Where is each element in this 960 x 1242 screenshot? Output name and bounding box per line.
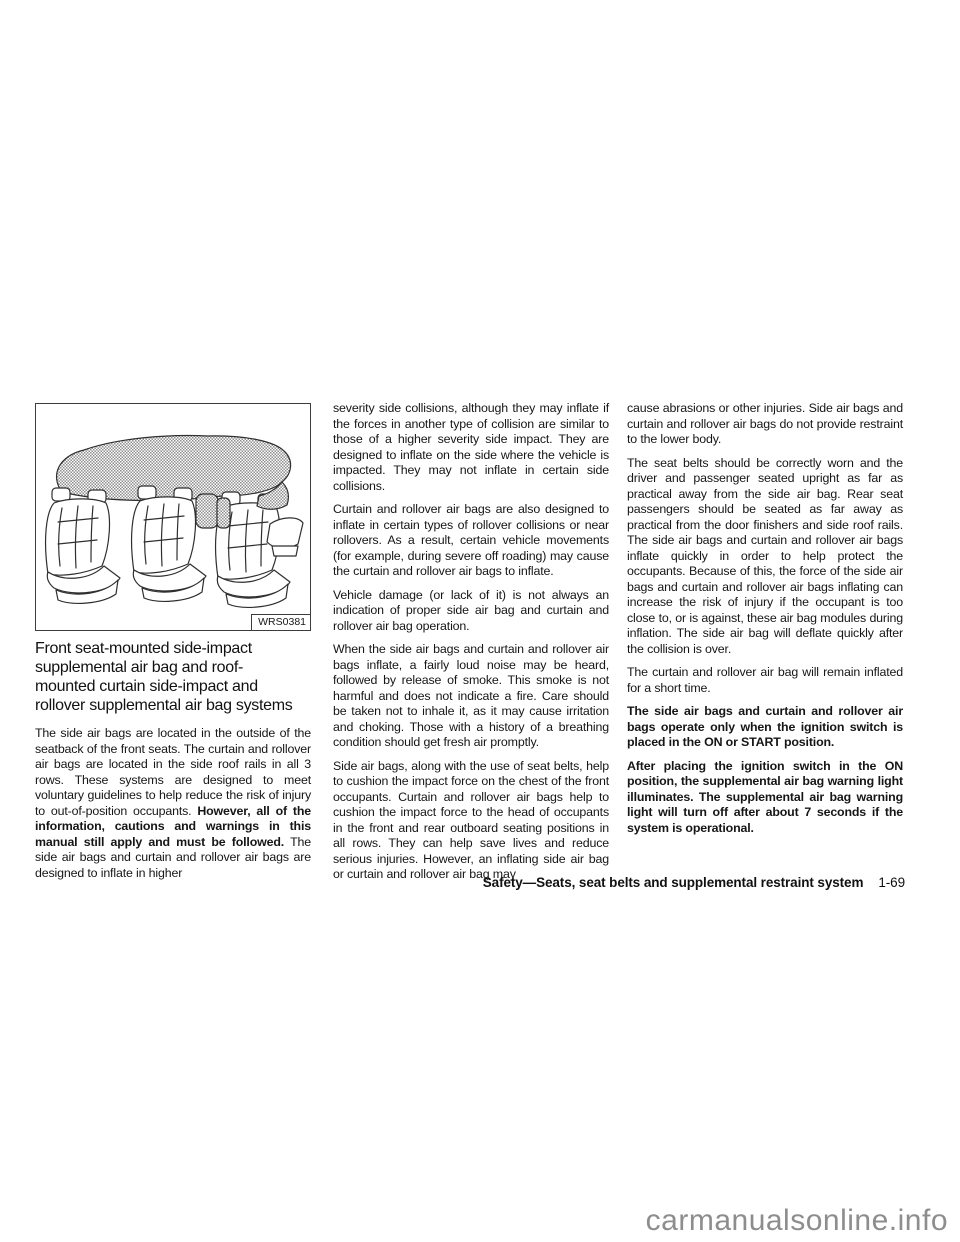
column-middle: severity side collisions, although they … [333, 401, 609, 891]
watermark-text: carmanualsonline.info [646, 1204, 948, 1238]
heading-line: mounted curtain side-impact and [35, 677, 311, 696]
heading-line: supplemental air bag and roof- [35, 658, 311, 677]
column-left: WRS0381 Front seat-mounted side-impact s… [35, 403, 311, 889]
figure-box: WRS0381 [35, 403, 311, 631]
paragraph: Curtain and rollover air bags are also d… [333, 502, 609, 580]
paragraph: Side air bags, along with the use of sea… [333, 759, 609, 883]
heading-line: rollover supplemental air bag systems [35, 696, 311, 715]
figure-code-label: WRS0381 [251, 614, 310, 630]
curtain-airbag-segment [196, 494, 218, 528]
paragraph: When the side air bags and curtain and r… [333, 642, 609, 751]
column-right: cause abrasions or other injuries. Side … [627, 401, 903, 844]
seat-row-middle [132, 486, 206, 601]
side-airbag-bolster [217, 498, 230, 528]
seats-curtain-airbag-illustration [36, 404, 310, 630]
paragraph: The seat belts should be correctly worn … [627, 456, 903, 658]
footer-section-title: Safety—Seats, seat belts and supplementa… [483, 875, 864, 890]
seat-row-rear [46, 488, 120, 603]
paragraph: Vehicle damage (or lack of it) is not al… [333, 588, 609, 635]
page-footer: Safety—Seats, seat belts and supplementa… [483, 875, 905, 890]
manual-page: WRS0381 Front seat-mounted side-impact s… [0, 0, 960, 1242]
paragraph: The side air bags are located in the out… [35, 726, 311, 881]
bold-paragraph: After placing the ignition switch in the… [627, 759, 903, 837]
paragraph: The curtain and rollover air bag will re… [627, 665, 903, 696]
partial-seat-base [272, 546, 298, 556]
heading-line: Front seat-mounted side-impact [35, 639, 311, 658]
bold-paragraph: The side air bags and curtain and rollov… [627, 704, 903, 751]
section-heading: Front seat-mounted side-impact supplemen… [35, 639, 311, 715]
partial-seat-cushion [267, 518, 303, 548]
paragraph: cause abrasions or other injuries. Side … [627, 401, 903, 448]
paragraph: severity side collisions, although they … [333, 401, 609, 494]
footer-page-number: 1-69 [878, 875, 905, 890]
